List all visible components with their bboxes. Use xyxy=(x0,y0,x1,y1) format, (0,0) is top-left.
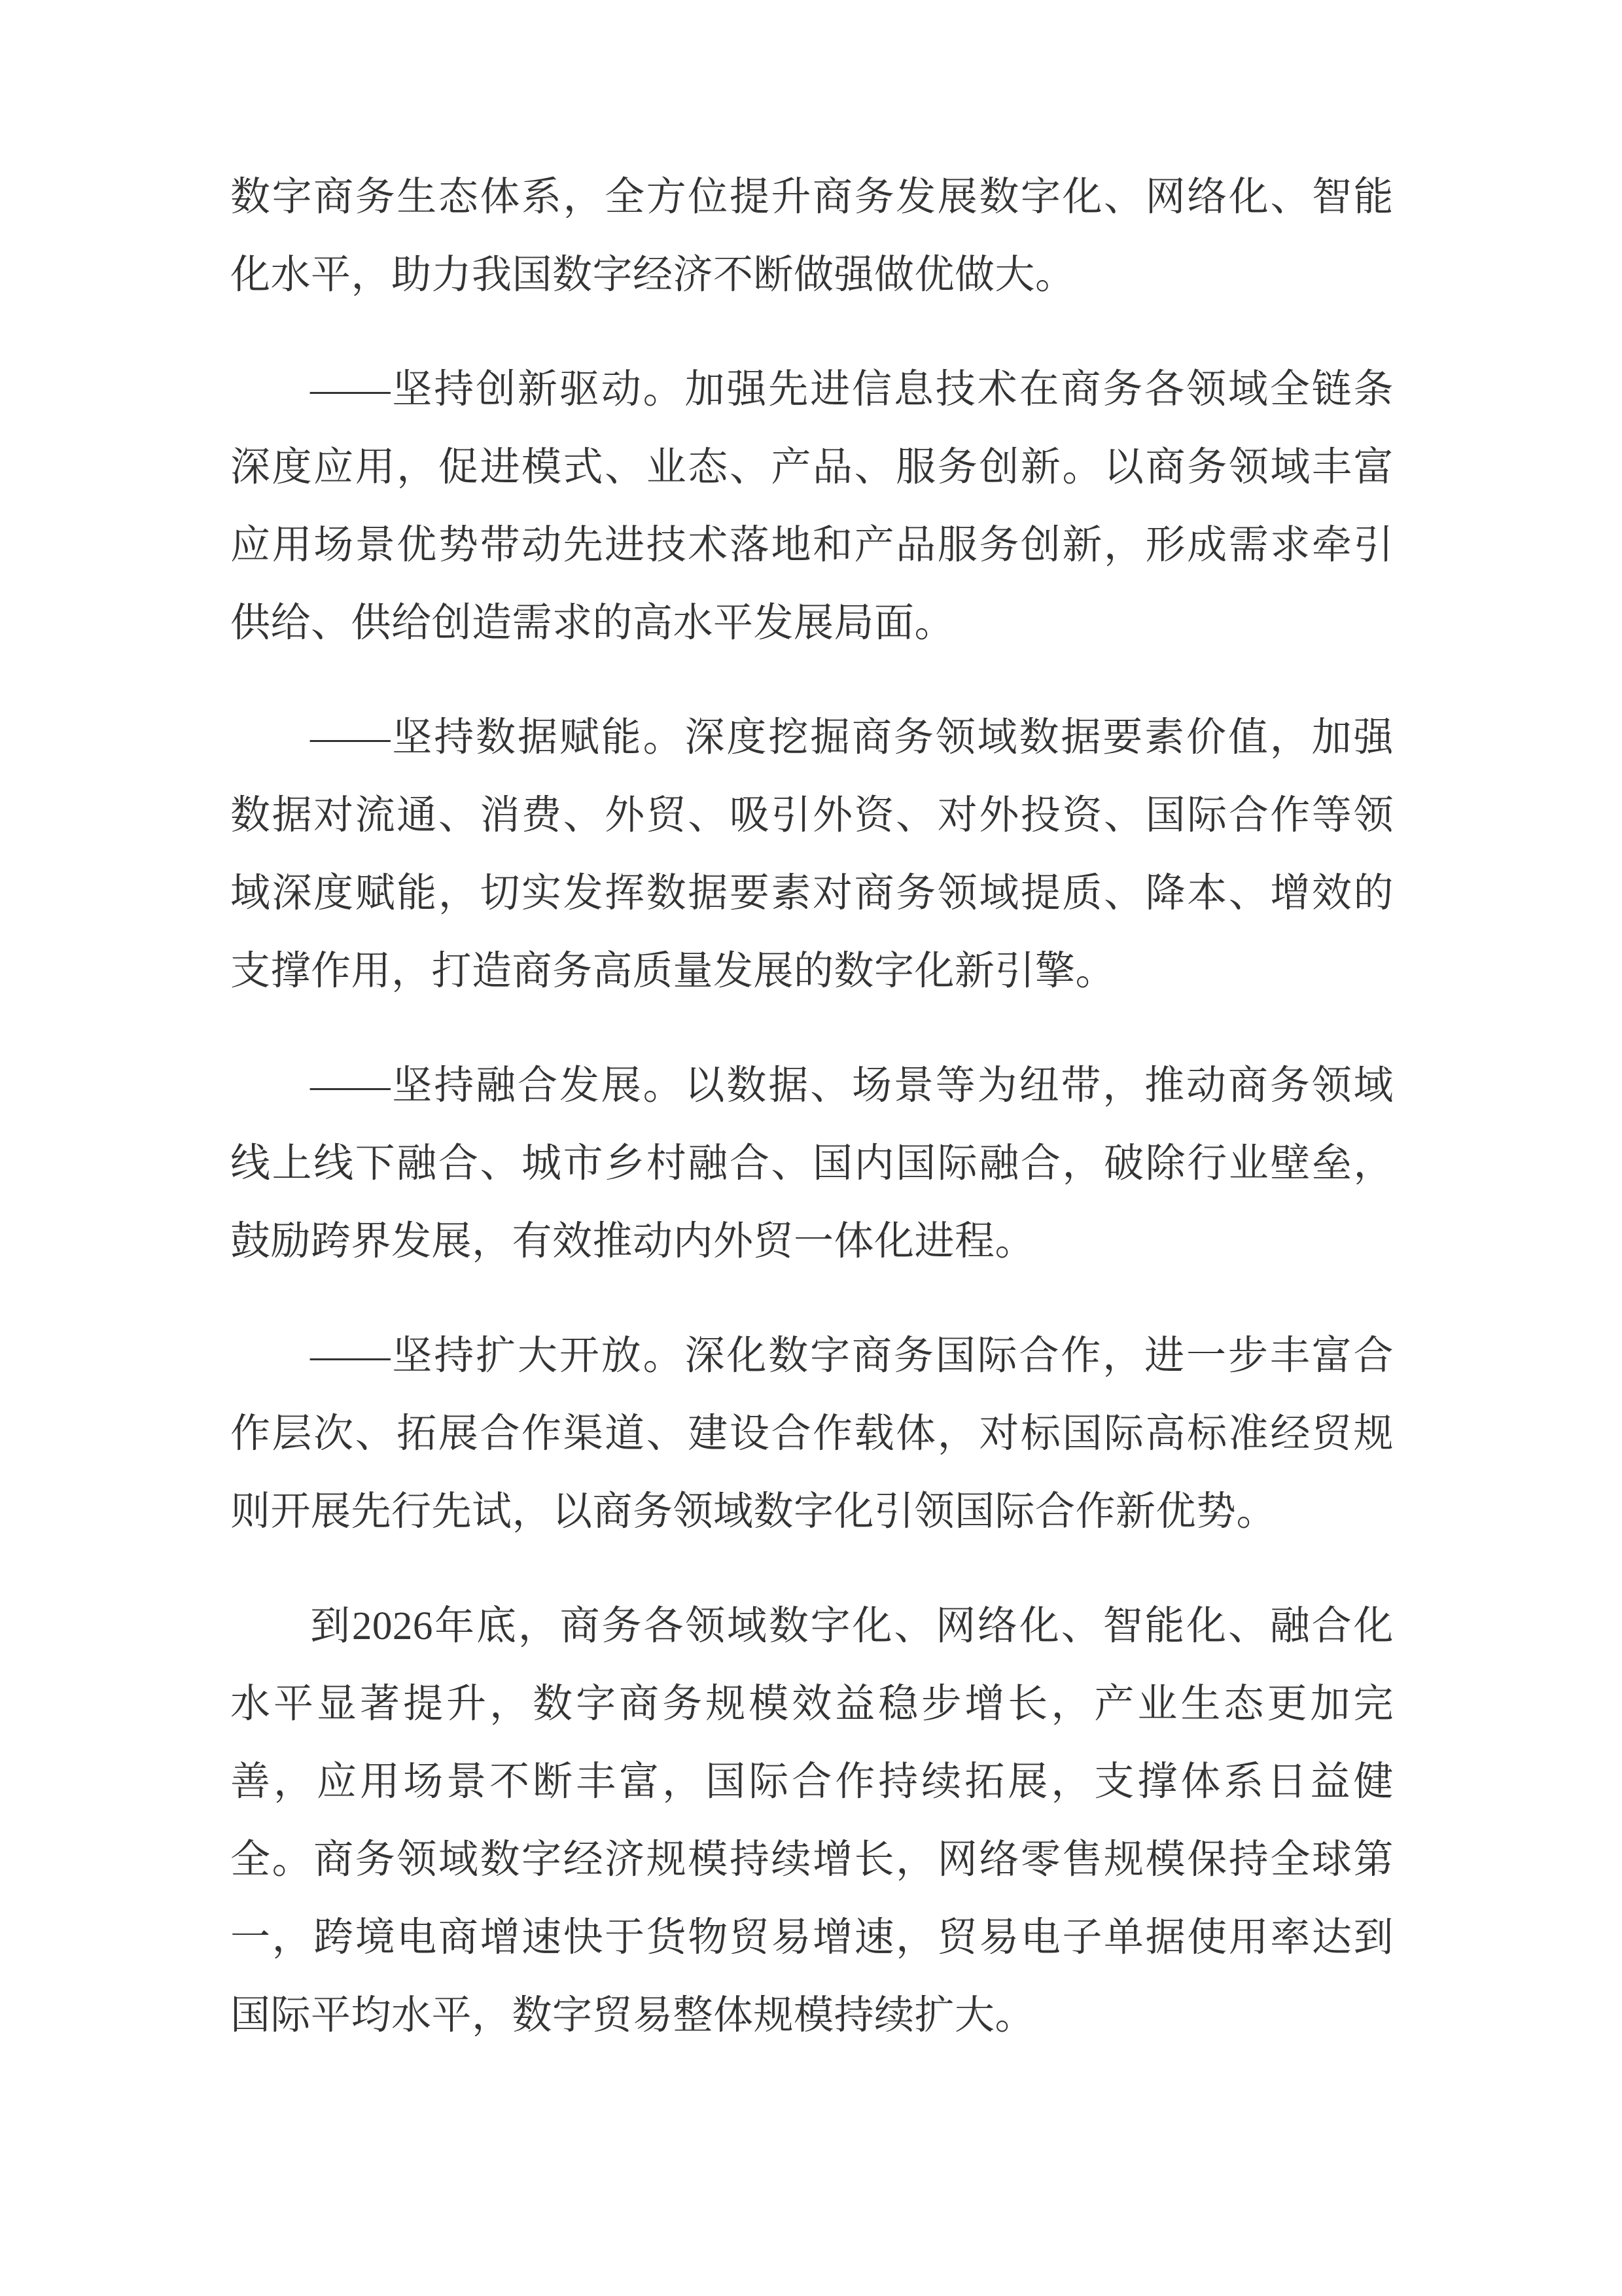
paragraph-continuation: 数字商务生态体系，全方位提升商务发展数字化、网络化、智能化水平，助力我国数字经济… xyxy=(230,158,1394,314)
paragraph-principle-opening-up: ——坚持扩大开放。深化数字商务国际合作，进一步丰富合作层次、拓展合作渠道、建设合… xyxy=(230,1317,1394,1551)
text-body: 数字商务生态体系，全方位提升商务发展数字化、网络化、智能化水平，助力我国数字经济… xyxy=(230,158,1394,2055)
paragraph-principle-data-empowerment: ——坚持数据赋能。深度挖掘商务领域数据要素价值，加强数据对流通、消费、外贸、吸引… xyxy=(230,699,1394,1010)
paragraph-principle-innovation: ——坚持创新驱动。加强先进信息技术在商务各领域全链条深度应用，促进模式、业态、产… xyxy=(230,351,1394,662)
document-page: 数字商务生态体系，全方位提升商务发展数字化、网络化、智能化水平，助力我国数字经济… xyxy=(0,0,1622,2296)
paragraph-principle-integrated-development: ——坚持融合发展。以数据、场景等为纽带，推动商务领域线上线下融合、城市乡村融合、… xyxy=(230,1047,1394,1280)
paragraph-2026-goals: 到2026年底，商务各领域数字化、网络化、智能化、融合化水平显著提升，数字商务规… xyxy=(230,1587,1394,2055)
